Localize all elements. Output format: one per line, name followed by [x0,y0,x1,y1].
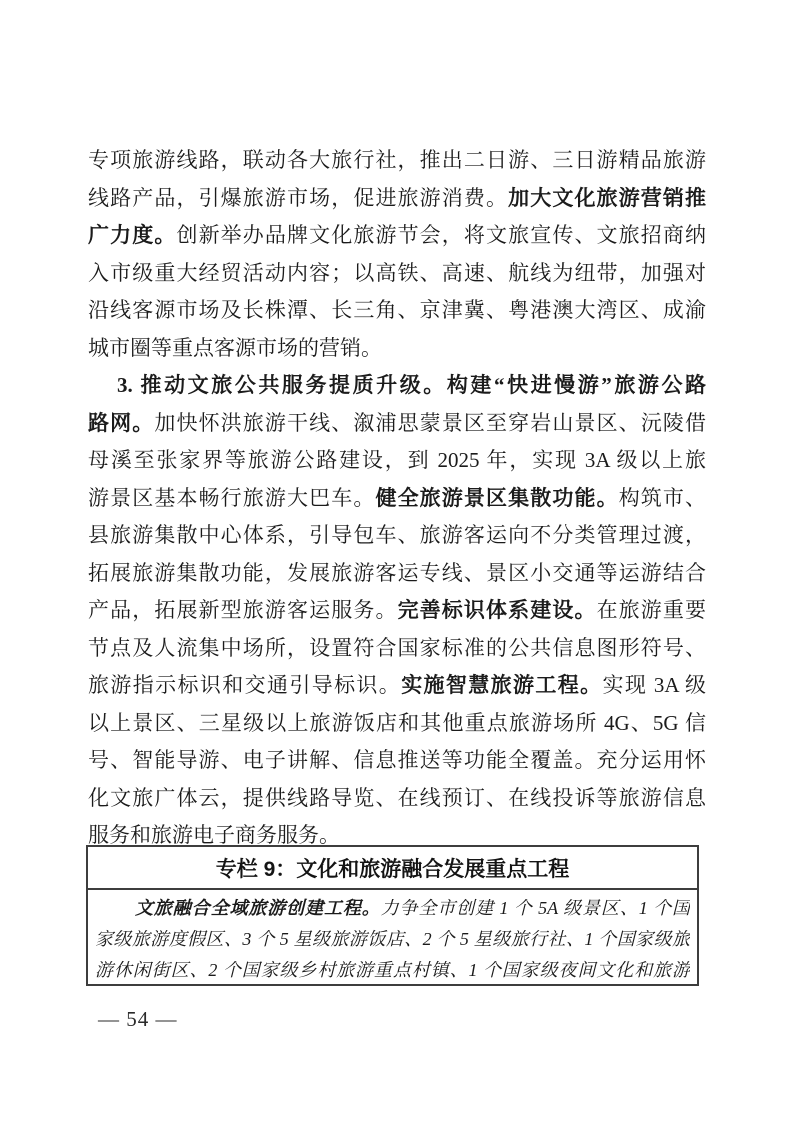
text-segment: 拓展旅游集散功能，发展旅游客运专线、景区小交通等运游结合 [88,561,706,585]
text-segment: 城市圈等重点客源市场的营销。 [88,336,382,360]
text-line: 文旅融合全域旅游创建工程。力争全市创建 1 个 5A 级景区、1 个国 [95,893,690,924]
text-line: 旅游指示标识和交通引导标识。实施智慧旅游工程。实现 3A 级 [88,667,706,705]
text-segment: 号、智能导游、电子讲解、信息推送等功能全覆盖。充分运用怀 [88,748,706,772]
text-line: 入市级重大经贸活动内容；以高铁、高速、航线为纽带，加强对 [88,255,706,293]
document-page: 专项旅游线路，联动各大旅行社，推出二日游、三日游精品旅游线路产品，引爆旅游市场，… [0,0,793,1122]
text-segment: 家级旅游度假区、3 个 5 星级旅游饭店、2 个 5 星级旅行社、1 个国家级旅 [95,929,690,949]
text-line: 节点及人流集中场所，设置符合国家标准的公共信息图形符号、 [88,630,706,668]
text-line: 城市圈等重点客源市场的营销。 [88,330,706,368]
text-segment: 加快怀洪旅游干线、溆浦思蒙景区至穿岩山景区、沅陵借 [154,411,706,435]
callout-box-title: 专栏 9：文化和旅游融合发展重点工程 [88,847,697,890]
text-line: 游休闲街区、2 个国家级乡村旅游重点村镇、1 个国家级夜间文化和旅游 [95,955,690,986]
text-segment: 在旅游重要 [597,598,706,622]
text-segment: 产品，拓展新型旅游客运服务。 [88,598,398,622]
text-segment: 实现 3A 级 [603,673,706,697]
text-segment: 构筑市、 [619,486,706,510]
text-segment: 力争全市创建 1 个 5A 级景区、1 个国 [381,898,690,918]
text-segment: 服务和旅游电子商务服务。 [88,823,340,847]
paragraph: 3. 推动文旅公共服务提质升级。构建“快进慢游”旅游公路路网。加快怀洪旅游干线、… [88,367,706,855]
callout-box-body: 文旅融合全域旅游创建工程。力争全市创建 1 个 5A 级景区、1 个国家级旅游度… [88,890,697,986]
page-number: — 54 — [98,1004,178,1034]
text-segment: 化文旅广体云，提供线路导览、在线预订、在线投诉等旅游信息 [88,786,706,810]
text-line: 以上景区、三星级以上旅游饭店和其他重点旅游场所 4G、5G 信 [88,705,706,743]
bold-text-segment: 完善标识体系建设。 [398,598,597,622]
bold-text-segment: 文旅融合全域旅游创建工程。 [135,898,381,918]
text-segment: 入市级重大经贸活动内容；以高铁、高速、航线为纽带，加强对 [88,261,706,285]
text-line: 3. 推动文旅公共服务提质升级。构建“快进慢游”旅游公路 [88,367,706,405]
text-segment: 母溪至张家界等旅游公路建设，到 2025 年，实现 3A 级以上旅 [88,448,706,472]
paragraph: 专项旅游线路，联动各大旅行社，推出二日游、三日游精品旅游线路产品，引爆旅游市场，… [88,142,706,367]
text-line: 拓展旅游集散功能，发展旅游客运专线、景区小交通等运游结合 [88,555,706,593]
text-line: 沿线客源市场及长株潭、长三角、京津冀、粤港澳大湾区、成渝 [88,292,706,330]
text-line: 母溪至张家界等旅游公路建设，到 2025 年，实现 3A 级以上旅 [88,442,706,480]
text-segment: 线路产品，引爆旅游市场，促进旅游消费。 [88,186,508,210]
text-line: 广力度。创新举办品牌文化旅游节会，将文旅宣传、文旅招商纳 [88,217,706,255]
text-segment: 专项旅游线路，联动各大旅行社，推出二日游、三日游精品旅游 [88,148,706,172]
bold-text-segment: 3. 推动文旅公共服务提质升级。构建“快进慢游”旅游公路 [117,373,706,397]
callout-box: 专栏 9：文化和旅游融合发展重点工程 文旅融合全域旅游创建工程。力争全市创建 1… [86,845,699,986]
bold-text-segment: 广力度。 [88,223,176,247]
text-segment: 游休闲街区、2 个国家级乡村旅游重点村镇、1 个国家级夜间文化和旅游 [95,960,690,980]
text-line: 产品，拓展新型旅游客运服务。完善标识体系建设。在旅游重要 [88,592,706,630]
text-segment: 节点及人流集中场所，设置符合国家标准的公共信息图形符号、 [88,636,706,660]
main-text-block: 专项旅游线路，联动各大旅行社，推出二日游、三日游精品旅游线路产品，引爆旅游市场，… [88,142,706,855]
text-line: 专项旅游线路，联动各大旅行社，推出二日游、三日游精品旅游 [88,142,706,180]
text-line: 线路产品，引爆旅游市场，促进旅游消费。加大文化旅游营销推 [88,180,706,218]
text-segment: 游景区基本畅行旅游大巴车。 [88,486,375,510]
text-line: 化文旅广体云，提供线路导览、在线预订、在线投诉等旅游信息 [88,780,706,818]
text-segment: 县旅游集散中心体系，引导包车、旅游客运向不分类管理过渡， [88,523,706,547]
text-line: 游景区基本畅行旅游大巴车。健全旅游景区集散功能。构筑市、 [88,480,706,518]
bold-text-segment: 实施智慧旅游工程。 [401,673,602,697]
text-segment: 以上景区、三星级以上旅游饭店和其他重点旅游场所 4G、5G 信 [88,711,706,735]
text-line: 家级旅游度假区、3 个 5 星级旅游饭店、2 个 5 星级旅行社、1 个国家级旅 [95,924,690,955]
bold-text-segment: 加大文化旅游营销推 [508,186,706,210]
bold-text-segment: 路网。 [88,411,154,435]
text-segment: 沿线客源市场及长株潭、长三角、京津冀、粤港澳大湾区、成渝 [88,298,706,322]
text-segment: 创新举办品牌文化旅游节会，将文旅宣传、文旅招商纳 [176,223,706,247]
text-line: 路网。加快怀洪旅游干线、溆浦思蒙景区至穿岩山景区、沅陵借 [88,405,706,443]
text-line: 县旅游集散中心体系，引导包车、旅游客运向不分类管理过渡， [88,517,706,555]
text-line: 号、智能导游、电子讲解、信息推送等功能全覆盖。充分运用怀 [88,742,706,780]
text-segment: 旅游指示标识和交通引导标识。 [88,673,401,697]
bold-text-segment: 健全旅游景区集散功能。 [375,486,618,510]
